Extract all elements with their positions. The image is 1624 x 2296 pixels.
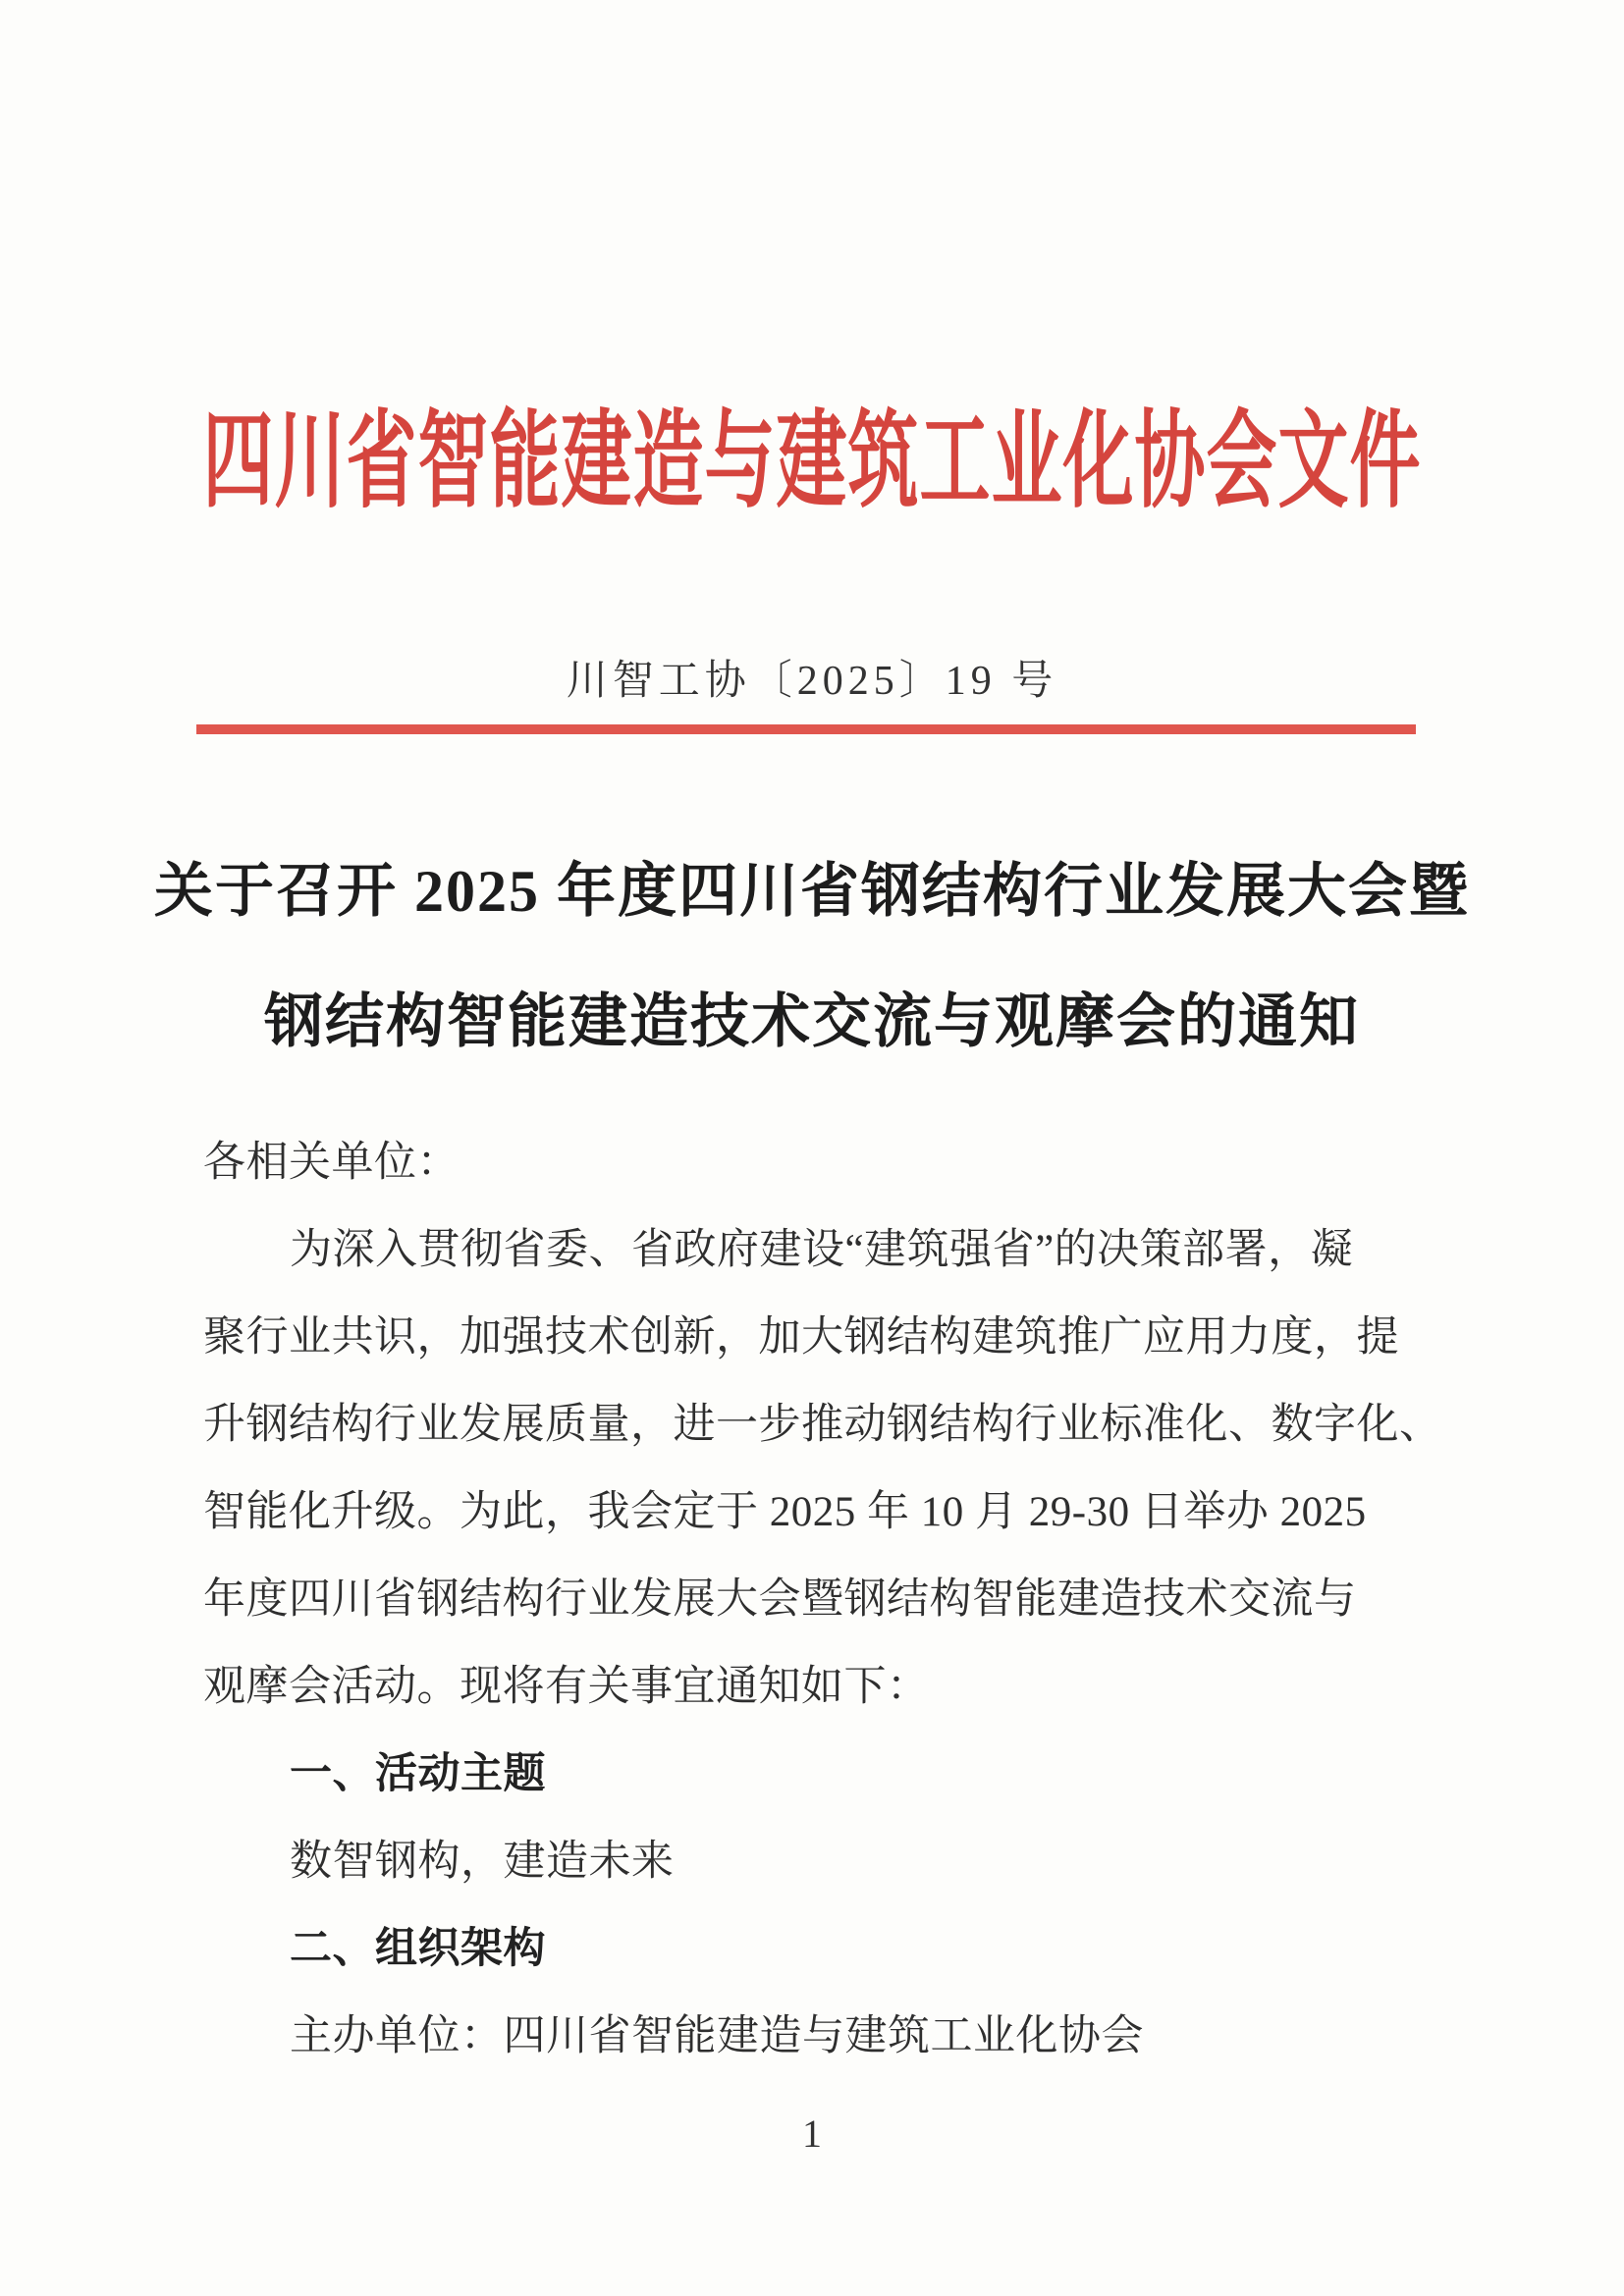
- section2-content: 主办单位：四川省智能建造与建筑工业化协会: [203, 1993, 1429, 2080]
- red-divider-line: [196, 724, 1416, 734]
- paragraph-line: 聚行业共识，加强技术创新，加大钢结构建筑推广应用力度，提: [203, 1294, 1429, 1381]
- document-title-line1: 关于召开 2025 年度四川省钢结构行业发展大会暨: [0, 827, 1624, 957]
- document-page: 四川省智能建造与建筑工业化协会文件 川智工协〔2025〕19 号 关于召开 20…: [0, 0, 1624, 2296]
- document-body: 各相关单位： 为深入贯彻省委、省政府建设“建筑强省”的决策部署，凝 聚行业共识，…: [203, 1119, 1429, 2080]
- paragraph-line: 年度四川省钢结构行业发展大会暨钢结构智能建造技术交流与: [203, 1556, 1429, 1643]
- section2-heading: 二、组织架构: [203, 1905, 1429, 1993]
- red-header-org-title: 四川省智能建造与建筑工业化协会文件: [0, 375, 1624, 528]
- paragraph-line: 升钢结构行业发展质量，进一步推动钢结构行业标准化、数字化、: [203, 1381, 1429, 1468]
- document-number: 川智工协〔2025〕19 号: [0, 648, 1624, 707]
- page-number: 1: [0, 2110, 1624, 2157]
- paragraph-line: 为深入贯彻省委、省政府建设“建筑强省”的决策部署，凝: [203, 1206, 1429, 1294]
- salutation: 各相关单位：: [203, 1119, 1429, 1206]
- document-title-line2: 钢结构智能建造技术交流与观摩会的通知: [0, 957, 1624, 1088]
- section1-content: 数智钢构，建造未来: [203, 1818, 1429, 1905]
- document-title: 关于召开 2025 年度四川省钢结构行业发展大会暨 钢结构智能建造技术交流与观摩…: [0, 827, 1624, 1088]
- section1-heading: 一、活动主题: [203, 1731, 1429, 1818]
- paragraph-line: 智能化升级。为此，我会定于 2025 年 10 月 29-30 日举办 2025: [203, 1468, 1429, 1556]
- paragraph-line: 观摩会活动。现将有关事宜通知如下：: [203, 1643, 1429, 1731]
